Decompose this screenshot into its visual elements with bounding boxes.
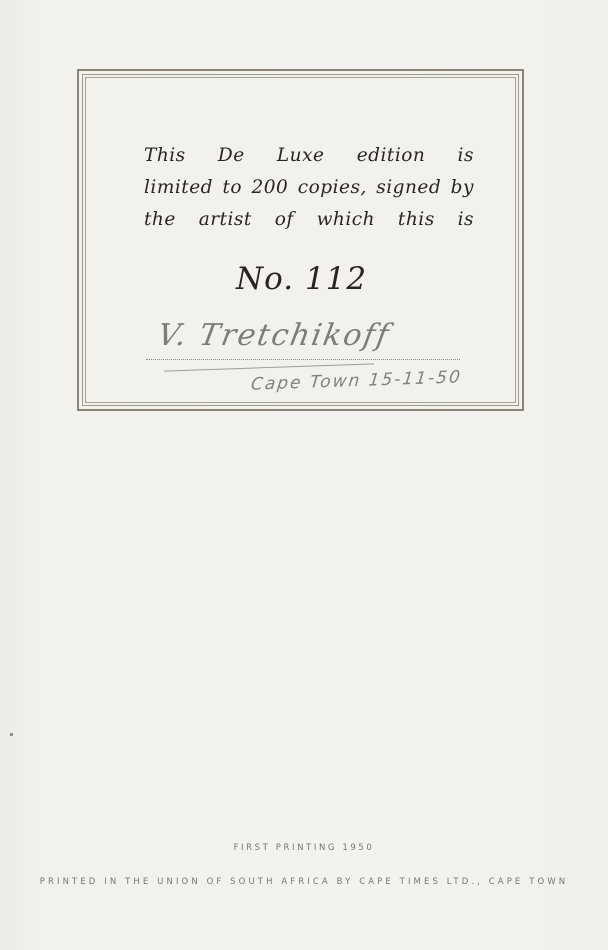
- signature-place-date: Cape Town 15-11-50: [250, 367, 463, 394]
- word: the: [144, 204, 176, 236]
- signature-underline-stroke: [164, 363, 374, 371]
- word: 200: [251, 172, 288, 204]
- word: Luxe: [277, 140, 325, 172]
- copy-number: No. 112: [236, 261, 367, 297]
- word: of: [275, 204, 294, 236]
- word: copies,: [298, 172, 367, 204]
- word: This: [144, 140, 186, 172]
- printer-imprint: PRINTED IN THE UNION OF SOUTH AFRICA BY …: [0, 877, 608, 887]
- statement-line-3: the artist of which this is: [144, 204, 474, 236]
- word: De: [218, 140, 245, 172]
- word: which: [317, 204, 375, 236]
- word: limited: [144, 172, 213, 204]
- book-page: This De Luxe edition is limited to 200 c…: [0, 0, 608, 950]
- statement-line-1: This De Luxe edition is: [144, 140, 474, 172]
- frame-inner-panel: This De Luxe edition is limited to 200 c…: [85, 77, 516, 403]
- word: by: [451, 172, 474, 204]
- limitation-certificate-frame: This De Luxe edition is limited to 200 c…: [77, 69, 524, 411]
- limitation-statement: This De Luxe edition is limited to 200 c…: [144, 140, 474, 236]
- word: is: [458, 204, 474, 236]
- artist-signature: V. Tretchikoff: [155, 318, 393, 353]
- word: this: [398, 204, 435, 236]
- signature-dotted-line: [146, 359, 460, 360]
- word: edition: [357, 140, 426, 172]
- word: to: [222, 172, 242, 204]
- statement-line-2: limited to 200 copies, signed by: [144, 172, 474, 204]
- word: artist: [199, 204, 252, 236]
- paper-speck: [10, 733, 13, 736]
- first-printing-note: FIRST PRINTING 1950: [0, 843, 608, 853]
- word: signed: [376, 172, 441, 204]
- word: is: [458, 140, 474, 172]
